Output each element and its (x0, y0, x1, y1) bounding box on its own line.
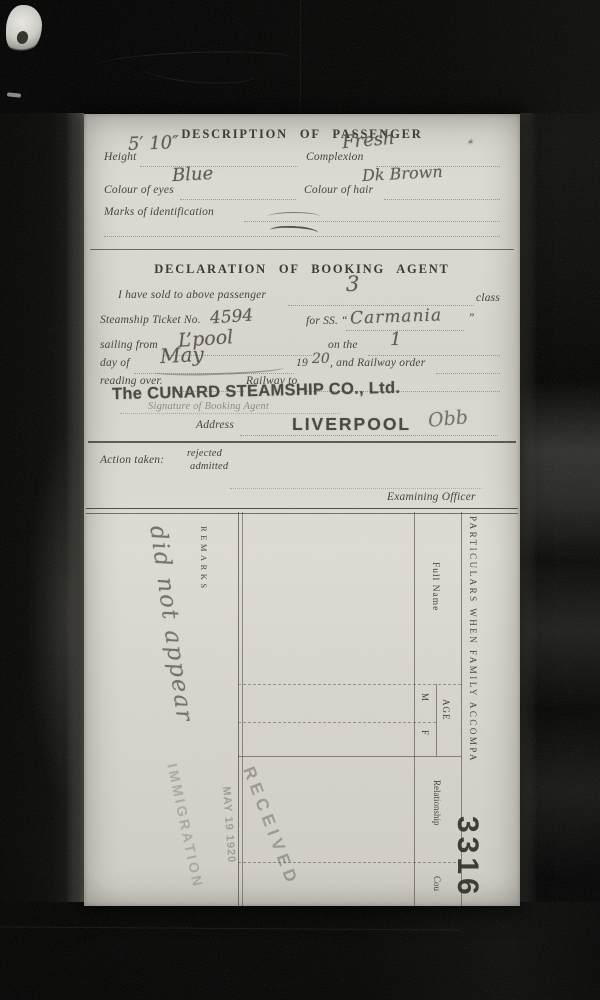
dotted-line (134, 373, 294, 374)
sail-day-value: 1 (390, 329, 401, 350)
dotted-line (230, 488, 482, 489)
age-header: AGE (441, 699, 451, 721)
examining-officer-label: Examining Officer (387, 491, 476, 503)
table-grid-line (238, 756, 461, 757)
marks-label: Marks of identification (104, 206, 214, 218)
complexion-label: Complexion (306, 151, 364, 163)
dotted-line (346, 330, 464, 331)
dotted-line (140, 166, 298, 167)
rejected-option: rejected (187, 448, 222, 459)
for-ss-label: for SS. “ (306, 315, 348, 327)
dotted-line (384, 199, 500, 200)
eyes-value: Blue (171, 163, 213, 186)
immigration-stamp: IMMIGRATION (164, 762, 206, 890)
table-grid-line (238, 512, 243, 906)
heavy-divider (88, 441, 516, 443)
ticket-label: Steamship Ticket No. (100, 314, 201, 326)
female-column-header: F (420, 730, 430, 735)
dotted-line (288, 305, 474, 306)
signature-caption: Signature of Booking Agent (148, 401, 269, 412)
sold-prefix: I have sold to above passenger (118, 289, 266, 301)
table-grid-line (436, 684, 437, 756)
remarks-note-handwriting: did not appear (144, 524, 197, 724)
action-taken-label: Action taken: (100, 454, 164, 466)
section-divider (90, 249, 514, 250)
dotted-line (180, 199, 296, 200)
handwritten-dash (268, 212, 320, 221)
address-mark: Obb (427, 406, 469, 431)
day-of-label: day of (100, 357, 130, 369)
relationship-header: Relationship (432, 780, 442, 826)
on-the-label: on the (328, 339, 358, 351)
class-suffix: class (476, 292, 500, 304)
ship-value: Carmania (350, 305, 443, 328)
ticket-value: 4594 (209, 306, 254, 329)
table-grid-line (414, 512, 415, 906)
month-value: May (159, 342, 204, 368)
country-header-partial: Cou (432, 876, 442, 891)
sailing-from-label: sailing from (100, 339, 158, 351)
remarks-column-header: REMARKS (199, 526, 209, 592)
dotted-line (244, 221, 500, 222)
railway-order-label: , and Railway order (330, 357, 425, 369)
address-label: Address (196, 419, 234, 431)
date-stamp: MAY 19 1920 (220, 786, 237, 864)
year-written: 20 (312, 351, 330, 367)
dotted-line (240, 435, 498, 436)
dotted-line (368, 355, 500, 356)
eyes-label: Colour of eyes (104, 184, 174, 196)
table-dashed-line (238, 684, 461, 685)
male-column-header: M (420, 693, 430, 701)
table-dashed-line (238, 862, 461, 863)
hair-value: Dk Brown (362, 162, 444, 185)
double-rule (86, 508, 518, 514)
reference-number: 3316 (450, 816, 484, 899)
paper-document: DESCRIPTION OF PASSENGER ✶ Height 5′ 10″… (84, 114, 520, 906)
full-name-header: Full Name (430, 562, 440, 611)
stray-mark: ✶ (466, 138, 474, 148)
complexion-value: Fresh (341, 128, 395, 154)
declaration-title: DECLARATION OF BOOKING AGENT (84, 262, 520, 277)
liverpool-stamp: LIVERPOOL (292, 414, 411, 435)
table-dashed-line (238, 722, 436, 723)
hair-label: Colour of hair (304, 184, 373, 196)
ship-close-quote: ” (468, 312, 475, 324)
dotted-line (436, 373, 500, 374)
admitted-option: admitted (190, 461, 228, 472)
received-stamp: RECEIVED (238, 764, 302, 890)
microfilm-scan: DESCRIPTION OF PASSENGER ✶ Height 5′ 10″… (0, 0, 600, 1000)
height-value: 5′ 10″ (128, 132, 180, 155)
year-printed: 19 (296, 357, 308, 369)
class-value: 3 (346, 272, 359, 296)
